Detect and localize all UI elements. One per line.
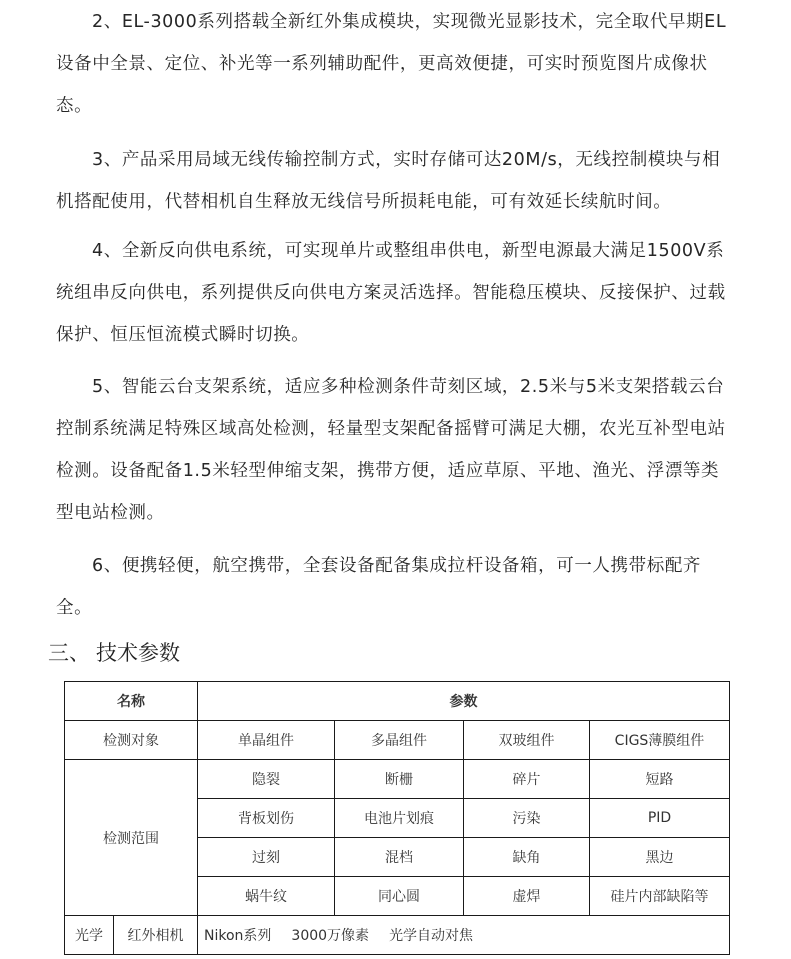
table-cell: 背板划伤 — [198, 799, 335, 838]
table-header-row: 名称 参数 — [65, 682, 730, 721]
paragraph-4: 4、全新反向供电系统，可实现单片或整组串供电，新型电源最大满足1500V系统组串… — [56, 230, 736, 356]
paragraph-6-text: 6、便携轻便，航空携带，全套设备配备集成拉杆设备箱，可一人携带标配齐全。 — [56, 556, 701, 618]
paragraph-5: 5、智能云台支架系统，适应多种检测条件苛刻区域，2.5米与5米支架搭载云台控制系… — [56, 366, 736, 534]
table-cell: 短路 — [590, 760, 730, 799]
table-cell: 单晶组件 — [198, 721, 335, 760]
table-cell: 碎片 — [464, 760, 590, 799]
table-cell: 电池片划痕 — [335, 799, 464, 838]
camera-focus: 光学自动对焦 — [389, 928, 473, 944]
table-cell: 多晶组件 — [335, 721, 464, 760]
table-row: 检测范围 隐裂 断栅 碎片 短路 — [65, 760, 730, 799]
paragraph-6: 6、便携轻便，航空携带，全套设备配备集成拉杆设备箱，可一人携带标配齐全。 — [56, 545, 736, 629]
section-heading: 三、技术参数 — [48, 637, 180, 669]
paragraph-2-text: 2、EL-3000系列搭载全新红外集成模块，实现微光显影技术，完全取代早期EL设… — [56, 12, 726, 116]
section-number: 三、 — [48, 637, 96, 669]
table-cell: 双玻组件 — [464, 721, 590, 760]
row-label-detect-range: 检测范围 — [65, 760, 198, 916]
table-cell: 黑边 — [590, 838, 730, 877]
table-cell: CIGS薄膜组件 — [590, 721, 730, 760]
table-cell: 同心圆 — [335, 877, 464, 916]
header-params: 参数 — [198, 682, 730, 721]
section-title: 技术参数 — [96, 641, 180, 665]
table-row: 光学 红外相机 Nikon系列3000万像素光学自动对焦 — [65, 916, 730, 955]
table-cell: PID — [590, 799, 730, 838]
camera-series: Nikon系列 — [204, 928, 271, 944]
row-category-optics: 光学 — [65, 916, 114, 955]
paragraph-4-text: 4、全新反向供电系统，可实现单片或整组串供电，新型电源最大满足1500V系统组串… — [56, 241, 726, 345]
table-cell: 混档 — [335, 838, 464, 877]
paragraph-5-text: 5、智能云台支架系统，适应多种检测条件苛刻区域，2.5米与5米支架搭载云台控制系… — [56, 377, 726, 523]
paragraph-3-text: 3、产品采用局域无线传输控制方式，实时存储可达20M/s，无线控制模块与相机搭配… — [56, 150, 720, 212]
paragraph-3: 3、产品采用局域无线传输控制方式，实时存储可达20M/s，无线控制模块与相机搭配… — [56, 139, 736, 223]
table-cell: 断栅 — [335, 760, 464, 799]
spec-table: 名称 参数 检测对象 单晶组件 多晶组件 双玻组件 CIGS薄膜组件 检测范围 … — [64, 681, 730, 955]
table-cell: 过刻 — [198, 838, 335, 877]
paragraph-2: 2、EL-3000系列搭载全新红外集成模块，实现微光显影技术，完全取代早期EL设… — [56, 1, 736, 127]
table-cell: 蜗牛纹 — [198, 877, 335, 916]
table-cell: 污染 — [464, 799, 590, 838]
camera-resolution: 3000万像素 — [291, 928, 369, 944]
row-label-ir-camera: 红外相机 — [114, 916, 198, 955]
header-name: 名称 — [65, 682, 198, 721]
ir-camera-specs: Nikon系列3000万像素光学自动对焦 — [198, 916, 730, 955]
table-cell: 隐裂 — [198, 760, 335, 799]
table-row: 检测对象 单晶组件 多晶组件 双玻组件 CIGS薄膜组件 — [65, 721, 730, 760]
table-cell: 缺角 — [464, 838, 590, 877]
table-cell: 虚焊 — [464, 877, 590, 916]
table-cell: 硅片内部缺陷等 — [590, 877, 730, 916]
row-label-detect-object: 检测对象 — [65, 721, 198, 760]
